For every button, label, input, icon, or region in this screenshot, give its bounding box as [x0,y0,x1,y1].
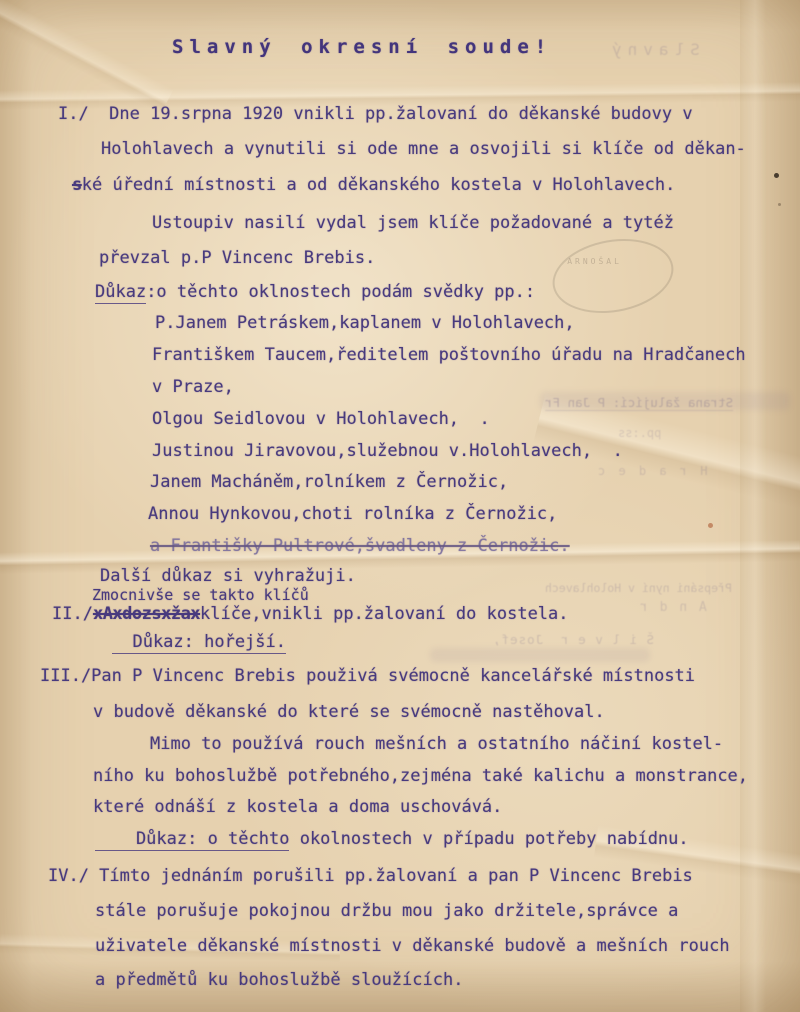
document-line: v budově děkanské do které se svémocně n… [93,703,605,723]
document-line-segment: Mimo to používá rouch mešních a ostatníh… [150,734,723,754]
document-line-segment: P.Janem Petráskem,kaplanem v Holohlavech… [155,313,575,333]
document-line-segment: Slavný okresní soude! [172,36,552,58]
document-line: I./ Dne 19.srpna 1920 vnikli pp.žalovaní… [58,105,693,125]
stamp-mark: ARNOŠAL [547,230,680,322]
document-line-segment: Ustoupiv nasilí vydal jsem klíče požadov… [152,213,674,233]
document-line-segment: uživatele děkanské místnosti v děkanské … [95,936,730,956]
bleedthrough-text: Š i l v e r Josef, [492,632,654,647]
document-line-segment: ního ku bohoslužbě potřebného,zejména ta… [93,766,748,786]
document-line-segment: Annou Hynkovou,choti rolníka z Černožic, [148,504,557,524]
document-line-segment: okolnostech v případu potřeby nabídnu. [289,829,688,849]
document-line-segment: Janem Macháněm,rolníkem z Černožic, [150,472,508,492]
document-line-segment: ké úřední místnosti a od děkanského kost… [82,175,676,195]
document-line-segment: a Františky Pultrové,švadleny z Černožic… [150,536,570,556]
document-page: ARNOŠAL Slavný okresní soude!I./ Dne 19.… [0,0,800,1012]
document-line: Důkaz: hořejší. [112,633,286,653]
document-line-segment: Zmocnivše se takto klíčů [92,586,309,604]
document-line: ního ku bohoslužbě potřebného,zejména ta… [93,767,748,787]
bleedthrough-text: H r a d e c [595,464,707,478]
bleedthrough-text: Strana žalující: P Jan Fr [545,395,733,411]
document-line: Ustoupiv nasilí vydal jsem klíče požadov… [152,214,674,234]
document-line-segment: Františkem Taucem,ředitelem poštovního ú… [152,345,746,365]
document-line: Olgou Seidlovou v Holohlavech, . [152,410,490,430]
document-line-segment: Důkaz: o těchto [95,829,289,851]
bleedthrough-text: Přepsáni nyní v Holohlavech [545,581,732,595]
document-line-segment: v Praze, [152,377,234,397]
document-line: převzal p.P Vincenc Brebis. [99,249,375,269]
ink-speck [774,173,779,178]
document-line: uživatele děkanské místnosti v děkanské … [95,937,730,957]
document-line-segment: xAxdozsxžax [93,604,200,624]
document-line-segment: III./Pan P Vincenc Brebis použivá svémoc… [40,666,695,686]
document-line: Důkaz:o těchto oklnostech podám svědky p… [95,283,535,303]
document-line-segment: s [72,175,82,195]
ink-bleed-smudge [430,648,650,662]
document-line: ské úřední místnosti a od děkanského kos… [72,176,675,196]
document-line-segment: převzal p.P Vincenc Brebis. [99,248,375,268]
document-line: které odnáší z kostela a doma uschovává. [93,798,502,818]
document-line: a předmětů ku bohoslužbě sloužících. [95,971,463,991]
document-line: stále porušuje pokojnou držbu mou jako d… [95,902,678,922]
ink-speck [778,203,781,206]
document-line: a Františky Pultrové,švadleny z Černožic… [150,537,570,557]
document-line: Mimo to používá rouch mešních a ostatníh… [150,735,723,755]
document-line-segment: klíče,vnikli pp.žalovaní do kostela. [200,604,568,624]
document-line-segment: IV./ Tímto jednáním porušili pp.žalovaní… [48,866,693,886]
bleedthrough-text: pp.:ss [618,426,661,440]
document-line: Františkem Taucem,ředitelem poštovního ú… [152,346,746,366]
document-line-segment: stále porušuje pokojnou držbu mou jako d… [95,901,678,921]
document-line-segment: v budově děkanské do které se svémocně n… [93,702,605,722]
document-line: P.Janem Petráskem,kaplanem v Holohlavech… [155,314,575,334]
document-line-segment: II./ [52,604,93,624]
document-line: Slavný okresní soude! [172,37,552,59]
bleedthrough-text: A n d r [638,600,707,615]
document-line-segment: Olgou Seidlovou v Holohlavech, . [152,409,490,429]
document-line: Důkaz: o těchto okolnostech v případu po… [95,830,689,850]
document-line-segment: které odnáší z kostela a doma uschovává. [93,797,502,817]
document-line: IV./ Tímto jednáním porušili pp.žalovaní… [48,867,693,887]
document-line: III./Pan P Vincenc Brebis použivá svémoc… [40,667,695,687]
document-line-segment: Holohlavech a vynutili si ode mne a osvo… [101,139,746,159]
document-line: Holohlavech a vynutili si ode mne a osvo… [101,140,746,160]
document-line-segment: a předmětů ku bohoslužbě sloužících. [95,970,463,990]
document-line-segment: :o těchto oklnostech podám svědky pp.: [146,282,535,302]
document-line: II./xAxdozsxžaxklíče,vnikli pp.žalovaní … [52,605,569,625]
stamp-text: ARNOŠAL [567,257,622,266]
document-line: Janem Macháněm,rolníkem z Černožic, [150,473,508,493]
bleedthrough-text: Slavný [606,40,700,59]
document-line-segment: I./ Dne 19.srpna 1920 vnikli pp.žalovaní… [58,104,693,124]
document-line-segment: Další důkaz si vyhražuji. [100,566,356,586]
document-line: Annou Hynkovou,choti rolníka z Černožic, [148,505,557,525]
document-line: v Praze, [152,378,234,398]
document-line-segment: Justinou Jiravovou,služebnou v.Holohlave… [152,441,623,461]
ink-speck [708,523,713,528]
document-line: Další důkaz si vyhražuji. [100,567,356,587]
paper-crease [0,0,174,114]
document-line: Justinou Jiravovou,služebnou v.Holohlave… [152,442,623,462]
document-line: Zmocnivše se takto klíčů [92,587,309,604]
document-line-segment: Důkaz [95,282,146,304]
document-line-segment: Důkaz: hořejší. [112,632,286,654]
